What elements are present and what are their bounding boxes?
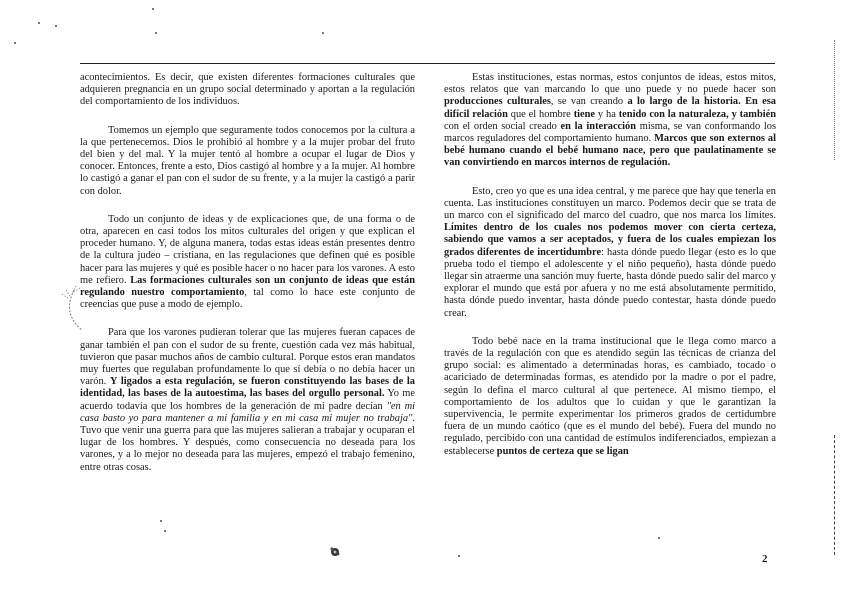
text-segment: Y ligados a esta regulación, se fueron c… bbox=[80, 376, 415, 399]
text-segment: tiene bbox=[574, 109, 595, 120]
text-segment: en la interacción bbox=[561, 121, 637, 132]
scan-speck bbox=[155, 32, 157, 34]
scan-speck bbox=[458, 555, 460, 557]
text-segment: Tomemos un ejemplo que seguramente todos… bbox=[80, 125, 415, 197]
paragraph-p6: Esto, creo yo que es una idea central, y… bbox=[444, 186, 776, 320]
left-column: acontecimientos. Es decir, que existen d… bbox=[80, 72, 415, 490]
text-segment: y ha bbox=[595, 109, 619, 120]
text-segment: con el orden social creado bbox=[444, 121, 561, 132]
margin-binding-line bbox=[834, 435, 835, 555]
scan-speck bbox=[322, 32, 324, 34]
paragraph-p7: Todo bebé nace en la trama institucional… bbox=[444, 336, 776, 458]
scan-speck bbox=[14, 42, 16, 44]
margin-scribble-icon bbox=[52, 282, 92, 332]
right-column: Estas instituciones, estas normas, estos… bbox=[444, 72, 776, 474]
text-segment: Esto, creo yo que es una idea central, y… bbox=[444, 186, 776, 221]
page-number: 2 bbox=[762, 553, 768, 565]
scan-smudge-icon bbox=[329, 546, 341, 558]
text-segment: que el hombre bbox=[508, 109, 574, 120]
paragraph-p1: acontecimientos. Es decir, que existen d… bbox=[80, 72, 415, 109]
scan-speck bbox=[658, 537, 660, 539]
scan-speck bbox=[164, 530, 166, 532]
text-segment: Estas instituciones, estas normas, estos… bbox=[444, 72, 776, 95]
scan-speck bbox=[152, 8, 154, 10]
paragraph-p3: Todo un conjunto de ideas y de explicaci… bbox=[80, 214, 415, 312]
text-segment: producciones culturales bbox=[444, 96, 551, 107]
scan-speck bbox=[160, 520, 162, 522]
paragraph-p4: Para que los varones pudieran tolerar qu… bbox=[80, 327, 415, 473]
paragraph-p2: Tomemos un ejemplo que seguramente todos… bbox=[80, 125, 415, 198]
text-segment: puntos de certeza que se ligan bbox=[497, 446, 629, 457]
header-rule bbox=[80, 63, 775, 64]
margin-dotted-line bbox=[834, 40, 835, 160]
text-segment: Todo bebé nace en la trama institucional… bbox=[444, 336, 776, 457]
scan-speck bbox=[38, 22, 40, 24]
scan-speck bbox=[55, 25, 57, 27]
paragraph-p5: Estas instituciones, estas normas, estos… bbox=[444, 72, 776, 170]
text-segment: tenido con la naturaleza, y también bbox=[619, 109, 776, 120]
text-segment: acontecimientos. Es decir, que existen d… bbox=[80, 72, 415, 107]
text-segment: , se van creando bbox=[551, 96, 628, 107]
